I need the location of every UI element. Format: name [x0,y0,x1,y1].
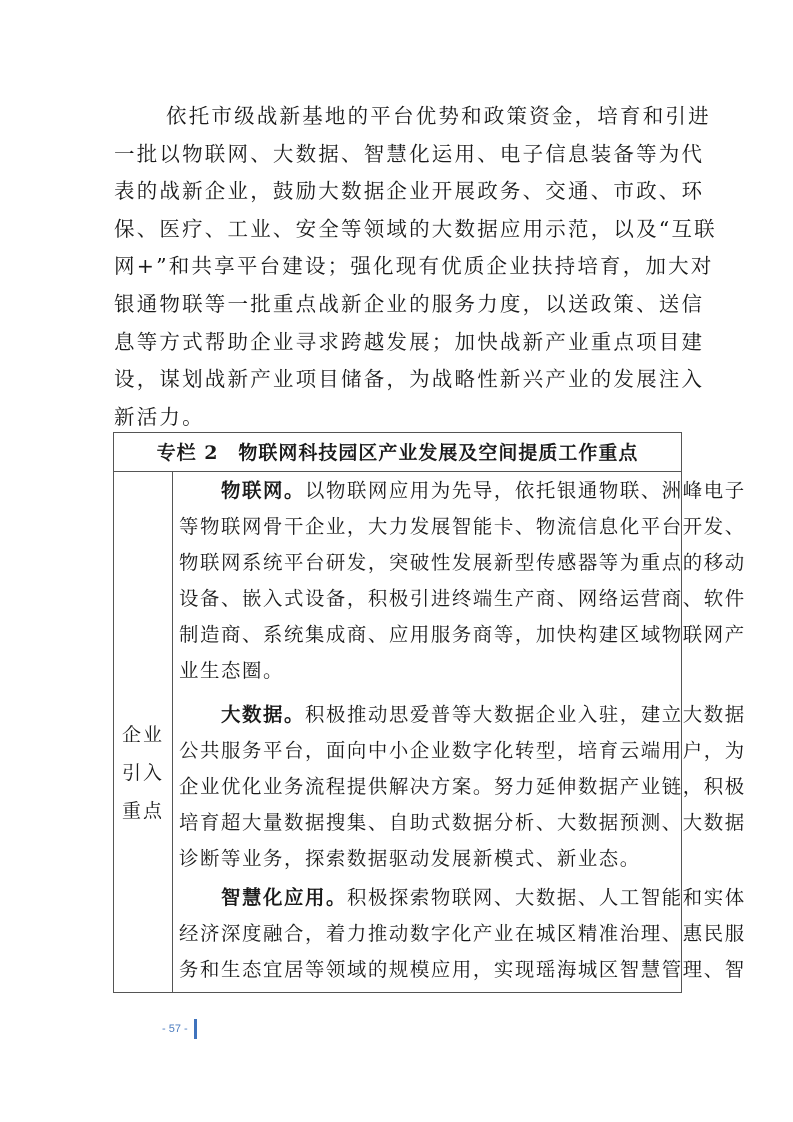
section-heading: 智慧化应用。 [221,886,347,909]
text-line: 保、医疗、工业、安全等领域的大数据应用示范，以及“互联 [114,211,682,249]
row-label-cell: 企业 引入 重点 [114,471,173,992]
text-line: 设，谋划战新产业项目储备，为战略性新兴产业的发展注入 [114,361,682,399]
page-footer: - 57 - [162,1019,197,1039]
section-heading: 物联网。 [221,479,305,502]
text-line: 银通物联等一批重点战新企业的服务力度，以送政策、送信 [114,286,682,324]
box-title: 专栏 2 物联网科技园区产业发展及空间提质工作重点 [114,433,681,472]
text-line: 新活力。 [114,399,682,437]
text-line: 表的战新企业，鼓励大数据企业开展政务、交通、市政、环 [114,173,682,211]
intro-paragraph: 依托市级战新基地的平台优势和政策资金，培育和引进 一批以物联网、大数据、智慧化运… [114,98,682,436]
row-label: 企业 引入 重点 [114,716,172,830]
section-smart-app: 智慧化应用。积极探索物联网、大数据、人工智能和实体 经济深度融合，着力推动数字化… [179,880,673,988]
accent-bar [194,1019,197,1039]
text-line: 网+”和共享平台建设；强化现有优质企业扶持培育，加大对 [114,248,682,286]
feature-box-table: 专栏 2 物联网科技园区产业发展及空间提质工作重点 企业 引入 重点 物联网。以… [113,432,682,993]
content-cell: 物联网。以物联网应用为先导，依托银通物联、洲峰电子 等物联网骨干企业，大力发展智… [174,473,681,992]
text-line: 一批以物联网、大数据、智慧化运用、电子信息装备等为代 [114,136,682,174]
section-heading: 大数据。 [221,703,305,726]
page-number: - 57 - [162,1023,188,1035]
section-iot: 物联网。以物联网应用为先导，依托银通物联、洲峰电子 等物联网骨干企业，大力发展智… [179,473,673,690]
text-line: 依托市级战新基地的平台优势和政策资金，培育和引进 [114,98,682,136]
section-bigdata: 大数据。积极推动思爱普等大数据企业入驻，建立大数据 公共服务平台，面向中小企业数… [179,697,673,877]
text-line: 息等方式帮助企业寻求跨越发展；加快战新产业重点项目建 [114,324,682,362]
